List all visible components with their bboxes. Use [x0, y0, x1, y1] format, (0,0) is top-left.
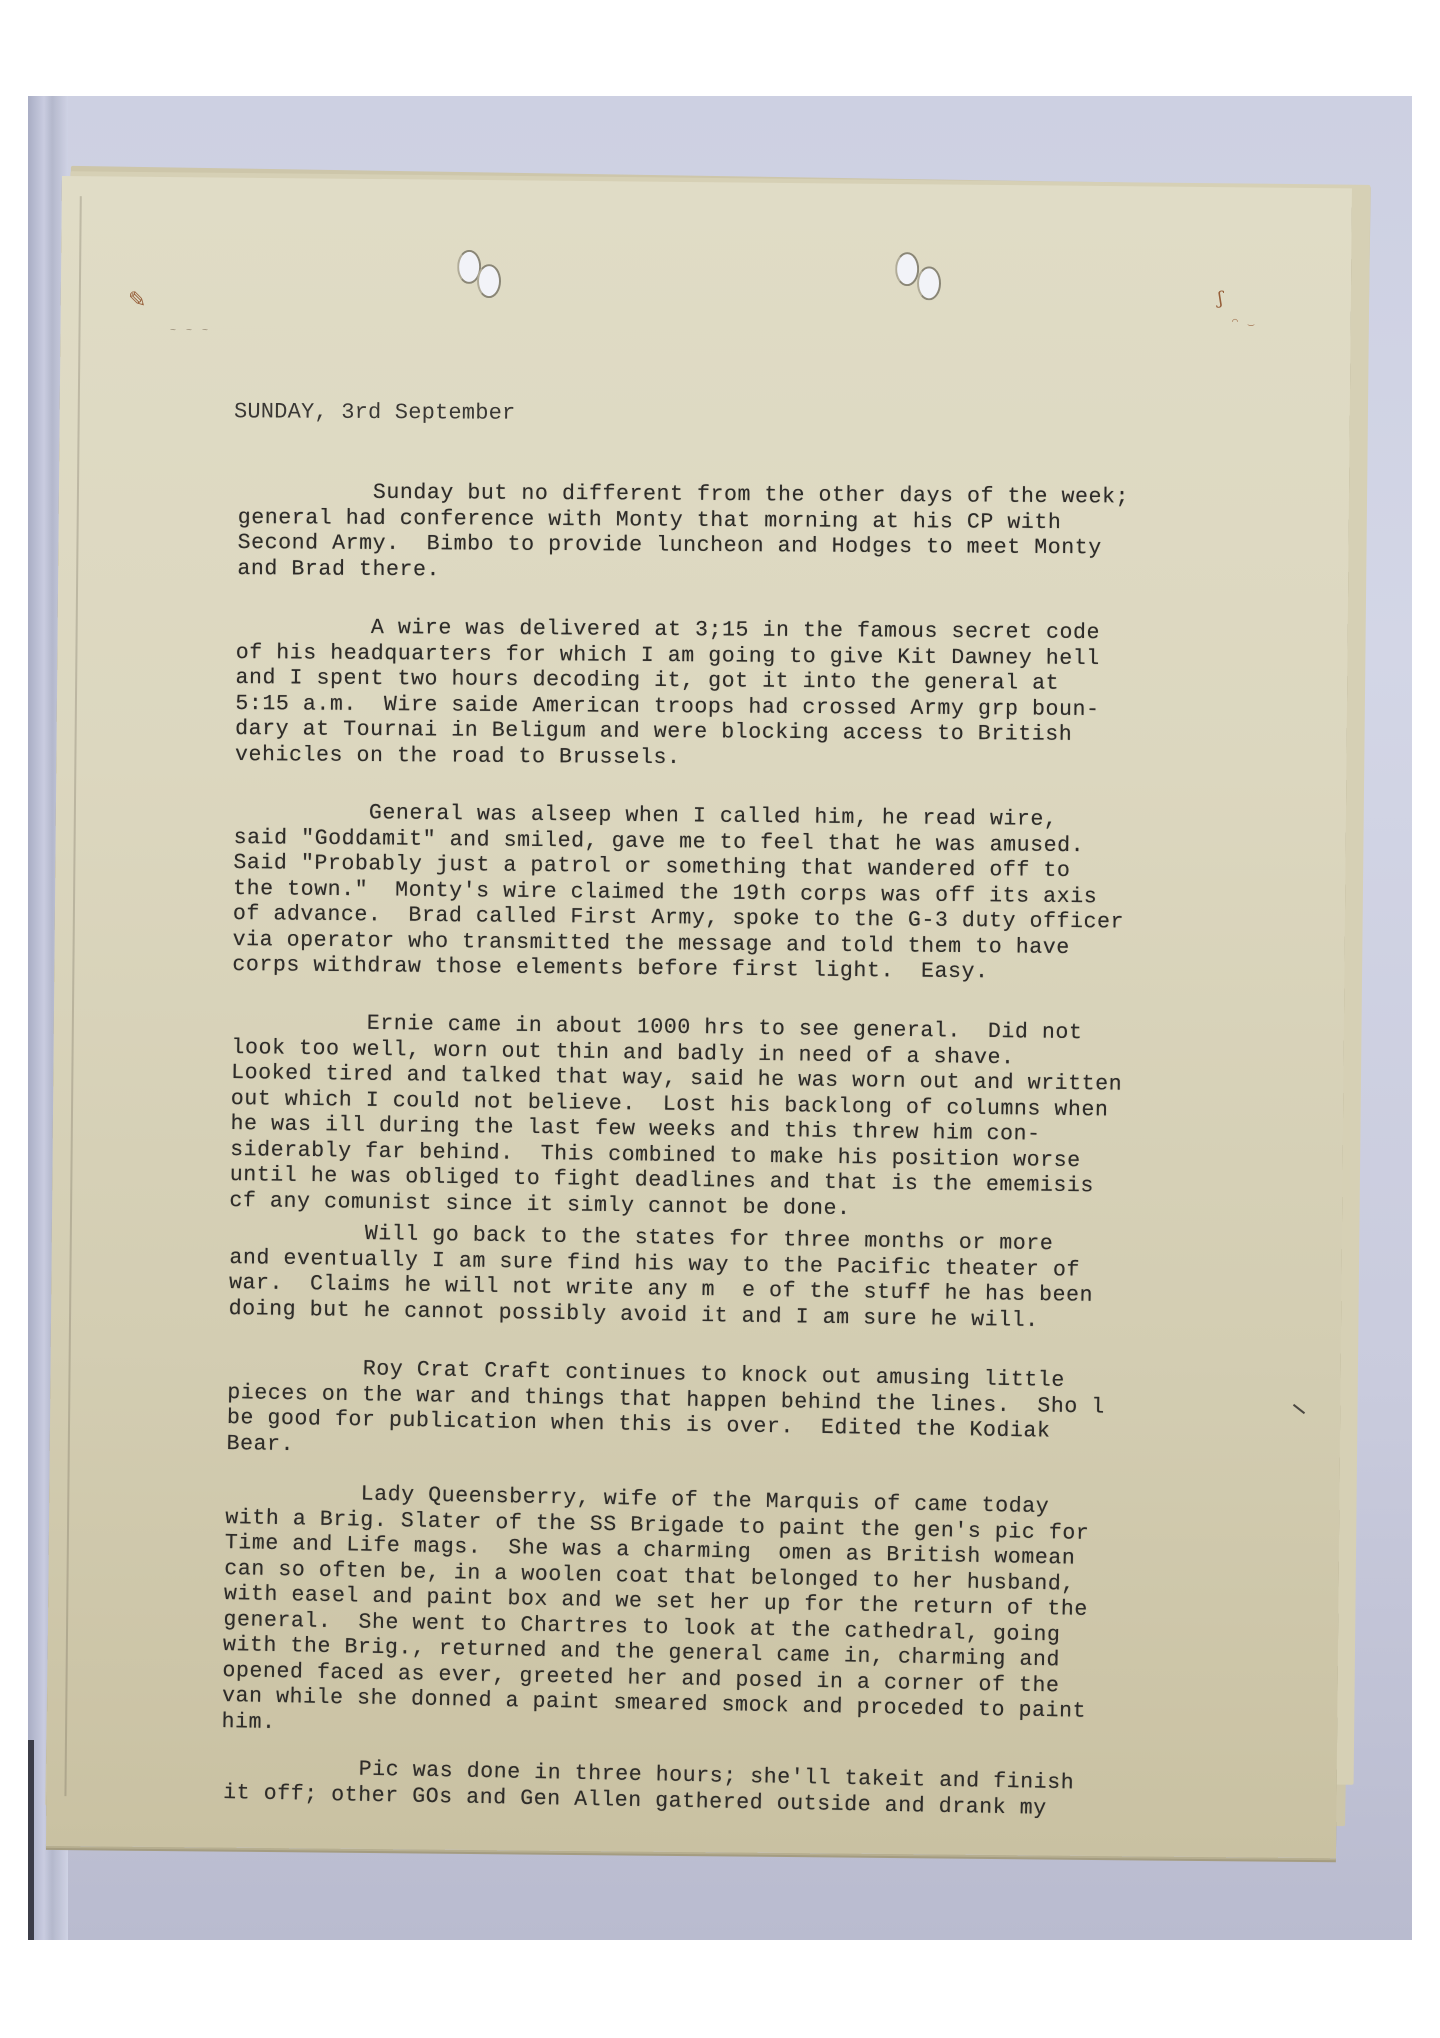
page-date-heading: SUNDAY, 3rd September — [234, 399, 516, 425]
handwritten-mark-top-right: ʃ — [1218, 288, 1223, 309]
diary-paragraph: General was alseep when I called him, he… — [232, 800, 1294, 989]
diary-paragraph: Will go back to the states for three mon… — [228, 1220, 1289, 1338]
diary-paragraph: A wire was delivered at 3;15 in the famo… — [235, 615, 1296, 775]
diary-paragraph: Roy Crat Craft continues to knock out am… — [226, 1355, 1288, 1475]
diary-paragraph: Ernie came in about 1000 hrs to see gene… — [229, 1010, 1292, 1228]
punch-hole — [895, 252, 919, 286]
handwritten-mark-top-left: ✎ — [128, 288, 146, 313]
page-edge-line — [64, 196, 81, 1796]
photo-dark-corner — [28, 1740, 34, 1940]
handwritten-mark-top-right-sub: ⌒ ‿ — [1232, 316, 1256, 328]
handwritten-mark-top-left-sub: ~ ~ ~ — [170, 326, 210, 337]
diary-paragraph: Lady Queensberry, wife of the Marquis of… — [221, 1480, 1285, 1754]
diary-paragraph: Sunday but no different from the other d… — [237, 480, 1298, 588]
punch-hole — [917, 266, 941, 300]
punch-hole — [477, 264, 501, 298]
